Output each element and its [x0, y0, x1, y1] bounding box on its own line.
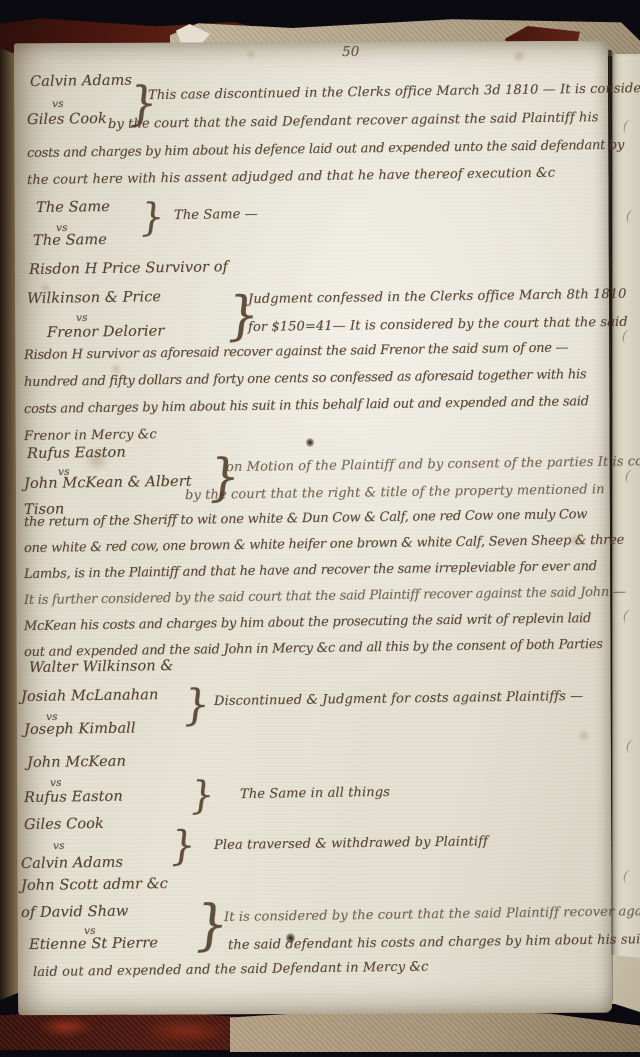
adjacent-page-sliver [612, 54, 640, 1004]
party-name: Risdon H Price Survivor of [29, 259, 228, 278]
photo-of-ledger: 50 Calvin Adams vs Giles Cook } This cas… [0, 0, 640, 1057]
party-name: Rufus Easton [27, 445, 126, 462]
party-name: Walter Wilkinson & [29, 658, 174, 676]
party-name: Giles Cook [24, 816, 104, 833]
judgment-text-line: Frenor in Mercy &c [24, 427, 157, 444]
judgment-text-line: The Same — [174, 207, 258, 223]
party-name: Wilkinson & Price [27, 289, 161, 307]
clerk-brace-icon: } [189, 775, 216, 815]
party-name: Calvin Adams [30, 73, 132, 90]
party-name: The Same [36, 199, 110, 216]
party-name: Josiah McLanahan [21, 687, 159, 705]
party-name: of David Shaw [21, 904, 129, 921]
party-name: Giles Cook [27, 111, 107, 128]
party-name: Frenor Delorier [47, 323, 165, 341]
clerk-brace-icon: } [139, 197, 166, 237]
foxing-spot [246, 50, 256, 59]
judgment-text-line: The Same in all things [240, 785, 390, 802]
party-name: John Scott admr &c [21, 876, 168, 894]
versus-mark: vs [76, 312, 88, 324]
party-name: Calvin Adams [21, 855, 123, 872]
page-number: 50 [342, 44, 360, 60]
party-name: Joseph Kimball [24, 720, 136, 738]
clerk-brace-icon: } [182, 683, 212, 727]
foxing-spot [578, 730, 590, 741]
versus-mark: vs [52, 98, 64, 110]
versus-mark: vs [53, 840, 65, 852]
party-name: John McKean & Albert [24, 474, 192, 492]
clerk-brace-icon: } [192, 897, 230, 953]
foxing-spot [512, 50, 526, 62]
party-name: John McKean [27, 754, 126, 771]
party-name: Rufus Easton [24, 789, 123, 806]
versus-mark: vs [50, 777, 62, 789]
ink-blot [306, 438, 314, 447]
clerk-brace-icon: } [169, 825, 197, 867]
party-name: The Same [33, 232, 107, 249]
party-name: Etienne St Pierre [29, 935, 158, 953]
